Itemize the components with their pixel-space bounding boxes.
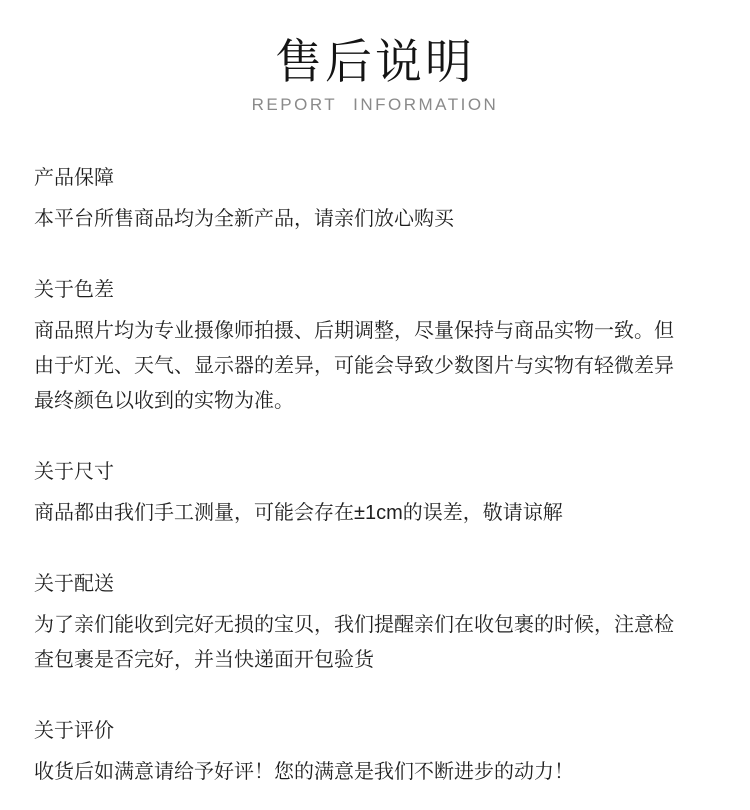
notice-content: 产品保障 本平台所售商品均为全新产品，请亲们放心购买 关于色差 商品照片均为专业…	[0, 115, 750, 790]
section-delivery: 关于配送 为了亲们能收到完好无损的宝贝，我们提醒亲们在收包裹的时候，注意检 查包…	[34, 573, 732, 678]
after-sales-notice-page: 售后说明 REPORT INFORMATION 产品保障 本平台所售商品均为全新…	[0, 0, 750, 810]
section-heading: 关于评价	[34, 720, 732, 742]
section-review: 关于评价 收货后如满意请给予好评！您的满意是我们不断进步的动力！	[34, 720, 732, 790]
page-subtitle: REPORT INFORMATION	[0, 95, 750, 115]
section-body: 商品照片均为专业摄像师拍摄、后期调整，尽量保持与商品实物一致。但 由于灯光、天气…	[34, 314, 732, 419]
page-title: 售后说明	[0, 34, 750, 90]
section-body: 本平台所售商品均为全新产品，请亲们放心购买	[34, 202, 732, 237]
page-header: 售后说明 REPORT INFORMATION	[0, 0, 750, 115]
section-size: 关于尺寸 商品都由我们手工测量，可能会存在±1cm的误差，敬请谅解	[34, 461, 732, 531]
section-heading: 关于色差	[34, 279, 732, 301]
section-product-guarantee: 产品保障 本平台所售商品均为全新产品，请亲们放心购买	[34, 167, 732, 237]
section-heading: 产品保障	[34, 167, 732, 189]
section-color-difference: 关于色差 商品照片均为专业摄像师拍摄、后期调整，尽量保持与商品实物一致。但 由于…	[34, 279, 732, 419]
section-body: 为了亲们能收到完好无损的宝贝，我们提醒亲们在收包裹的时候，注意检 查包裹是否完好…	[34, 608, 732, 678]
section-heading: 关于配送	[34, 573, 732, 595]
section-heading: 关于尺寸	[34, 461, 732, 483]
section-body: 商品都由我们手工测量，可能会存在±1cm的误差，敬请谅解	[34, 496, 732, 531]
section-body: 收货后如满意请给予好评！您的满意是我们不断进步的动力！	[34, 755, 732, 790]
